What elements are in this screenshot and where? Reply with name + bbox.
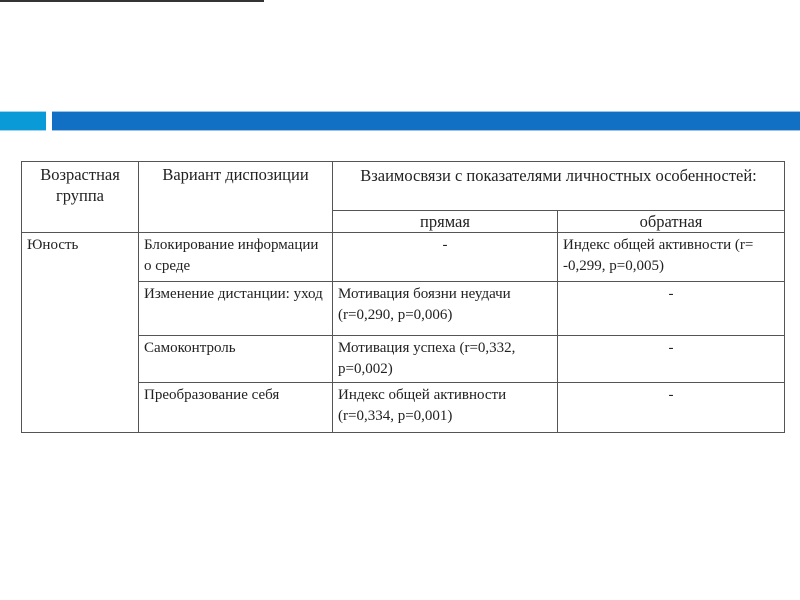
cell-direct: - (333, 233, 558, 282)
cell-variant: Изменение дистанции: уход (139, 282, 333, 336)
cell-direct: Индекс общей активности (r=0,334, p=0,00… (333, 383, 558, 433)
header-age-group: Возрастная группа (22, 162, 139, 233)
table-row: Юность Блокирование информации о среде -… (22, 233, 785, 282)
correlation-table: Возрастная группа Вариант диспозиции Вза… (21, 161, 785, 433)
cell-inverse: Индекс общей активности (r= -0,299, p=0,… (558, 233, 785, 282)
header-inverse: обратная (558, 211, 785, 233)
cell-variant: Самоконтроль (139, 336, 333, 383)
accent-bar-light (0, 111, 46, 131)
cell-inverse: - (558, 282, 785, 336)
cell-age-group: Юность (22, 233, 139, 433)
cell-variant: Преобразование себя (139, 383, 333, 433)
table-header-row: Возрастная группа Вариант диспозиции Вза… (22, 162, 785, 211)
cell-inverse: - (558, 336, 785, 383)
cell-variant: Блокирование информации о среде (139, 233, 333, 282)
cell-direct: Мотивация боязни неудачи (r=0,290, p=0,0… (333, 282, 558, 336)
top-divider-line (0, 0, 264, 2)
header-direct: прямая (333, 211, 558, 233)
cell-inverse: - (558, 383, 785, 433)
header-relations: Взаимосвязи с показателями личностных ос… (333, 162, 785, 211)
accent-bar-dark (52, 111, 800, 131)
cell-direct: Мотивация успеха (r=0,332, p=0,002) (333, 336, 558, 383)
header-variant: Вариант диспозиции (139, 162, 333, 233)
